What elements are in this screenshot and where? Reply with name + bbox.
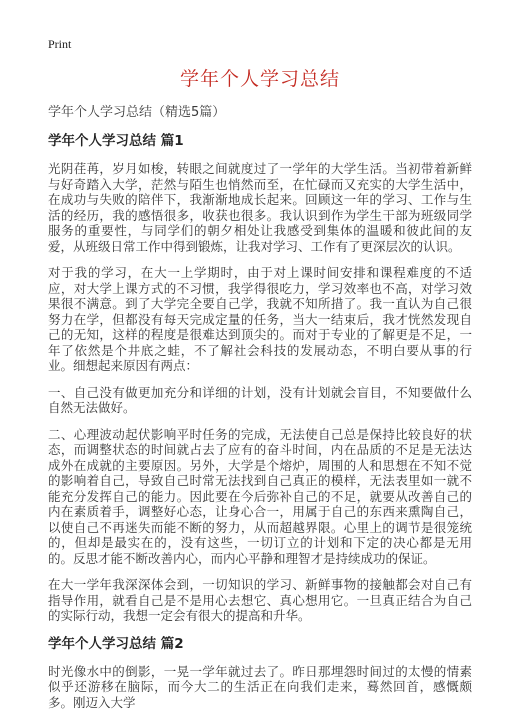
section-1-paragraph-1: 光阴荏苒，岁月如梭，转眼之间就度过了一学年的大学生活。当初带着新鲜与好奇踏入大学… [48, 161, 472, 254]
section-1-heading: 学年个人学习总结 篇1 [48, 133, 472, 150]
document-page: Print 学年个人学习总结 学年个人学习总结（精选5篇） 学年个人学习总结 篇… [0, 0, 520, 718]
section-1-paragraph-4: 二、心理波动起伏影响平时任务的完成，无法使自己总是保持比较良好的状态，而调整状态… [48, 427, 472, 567]
section-1-paragraph-5: 在大一学年我深深体会到，一切知识的学习、新鲜事物的接触都会对自己有指导作用，就看… [48, 577, 472, 624]
section-1-paragraph-2: 对于我的学习，在大一上学期时，由于对上课时间安排和课程难度的不适应，对大学上课方… [48, 265, 472, 374]
doc-subtitle: 学年个人学习总结（精选5篇） [48, 104, 472, 121]
section-2-heading: 学年个人学习总结 篇2 [48, 636, 472, 653]
section-1-paragraph-3: 一、自己没有做更加充分和详细的计划，没有计划就会盲目，不知要做什么自然无法做好。 [48, 385, 472, 416]
page-title: 学年个人学习总结 [48, 66, 472, 92]
section-2-paragraph-1: 时光像水中的倒影，一晃一学年就过去了。昨日那埋怨时间过的太慢的情素似乎还游移在脑… [48, 664, 472, 711]
print-link[interactable]: Print [48, 37, 71, 51]
